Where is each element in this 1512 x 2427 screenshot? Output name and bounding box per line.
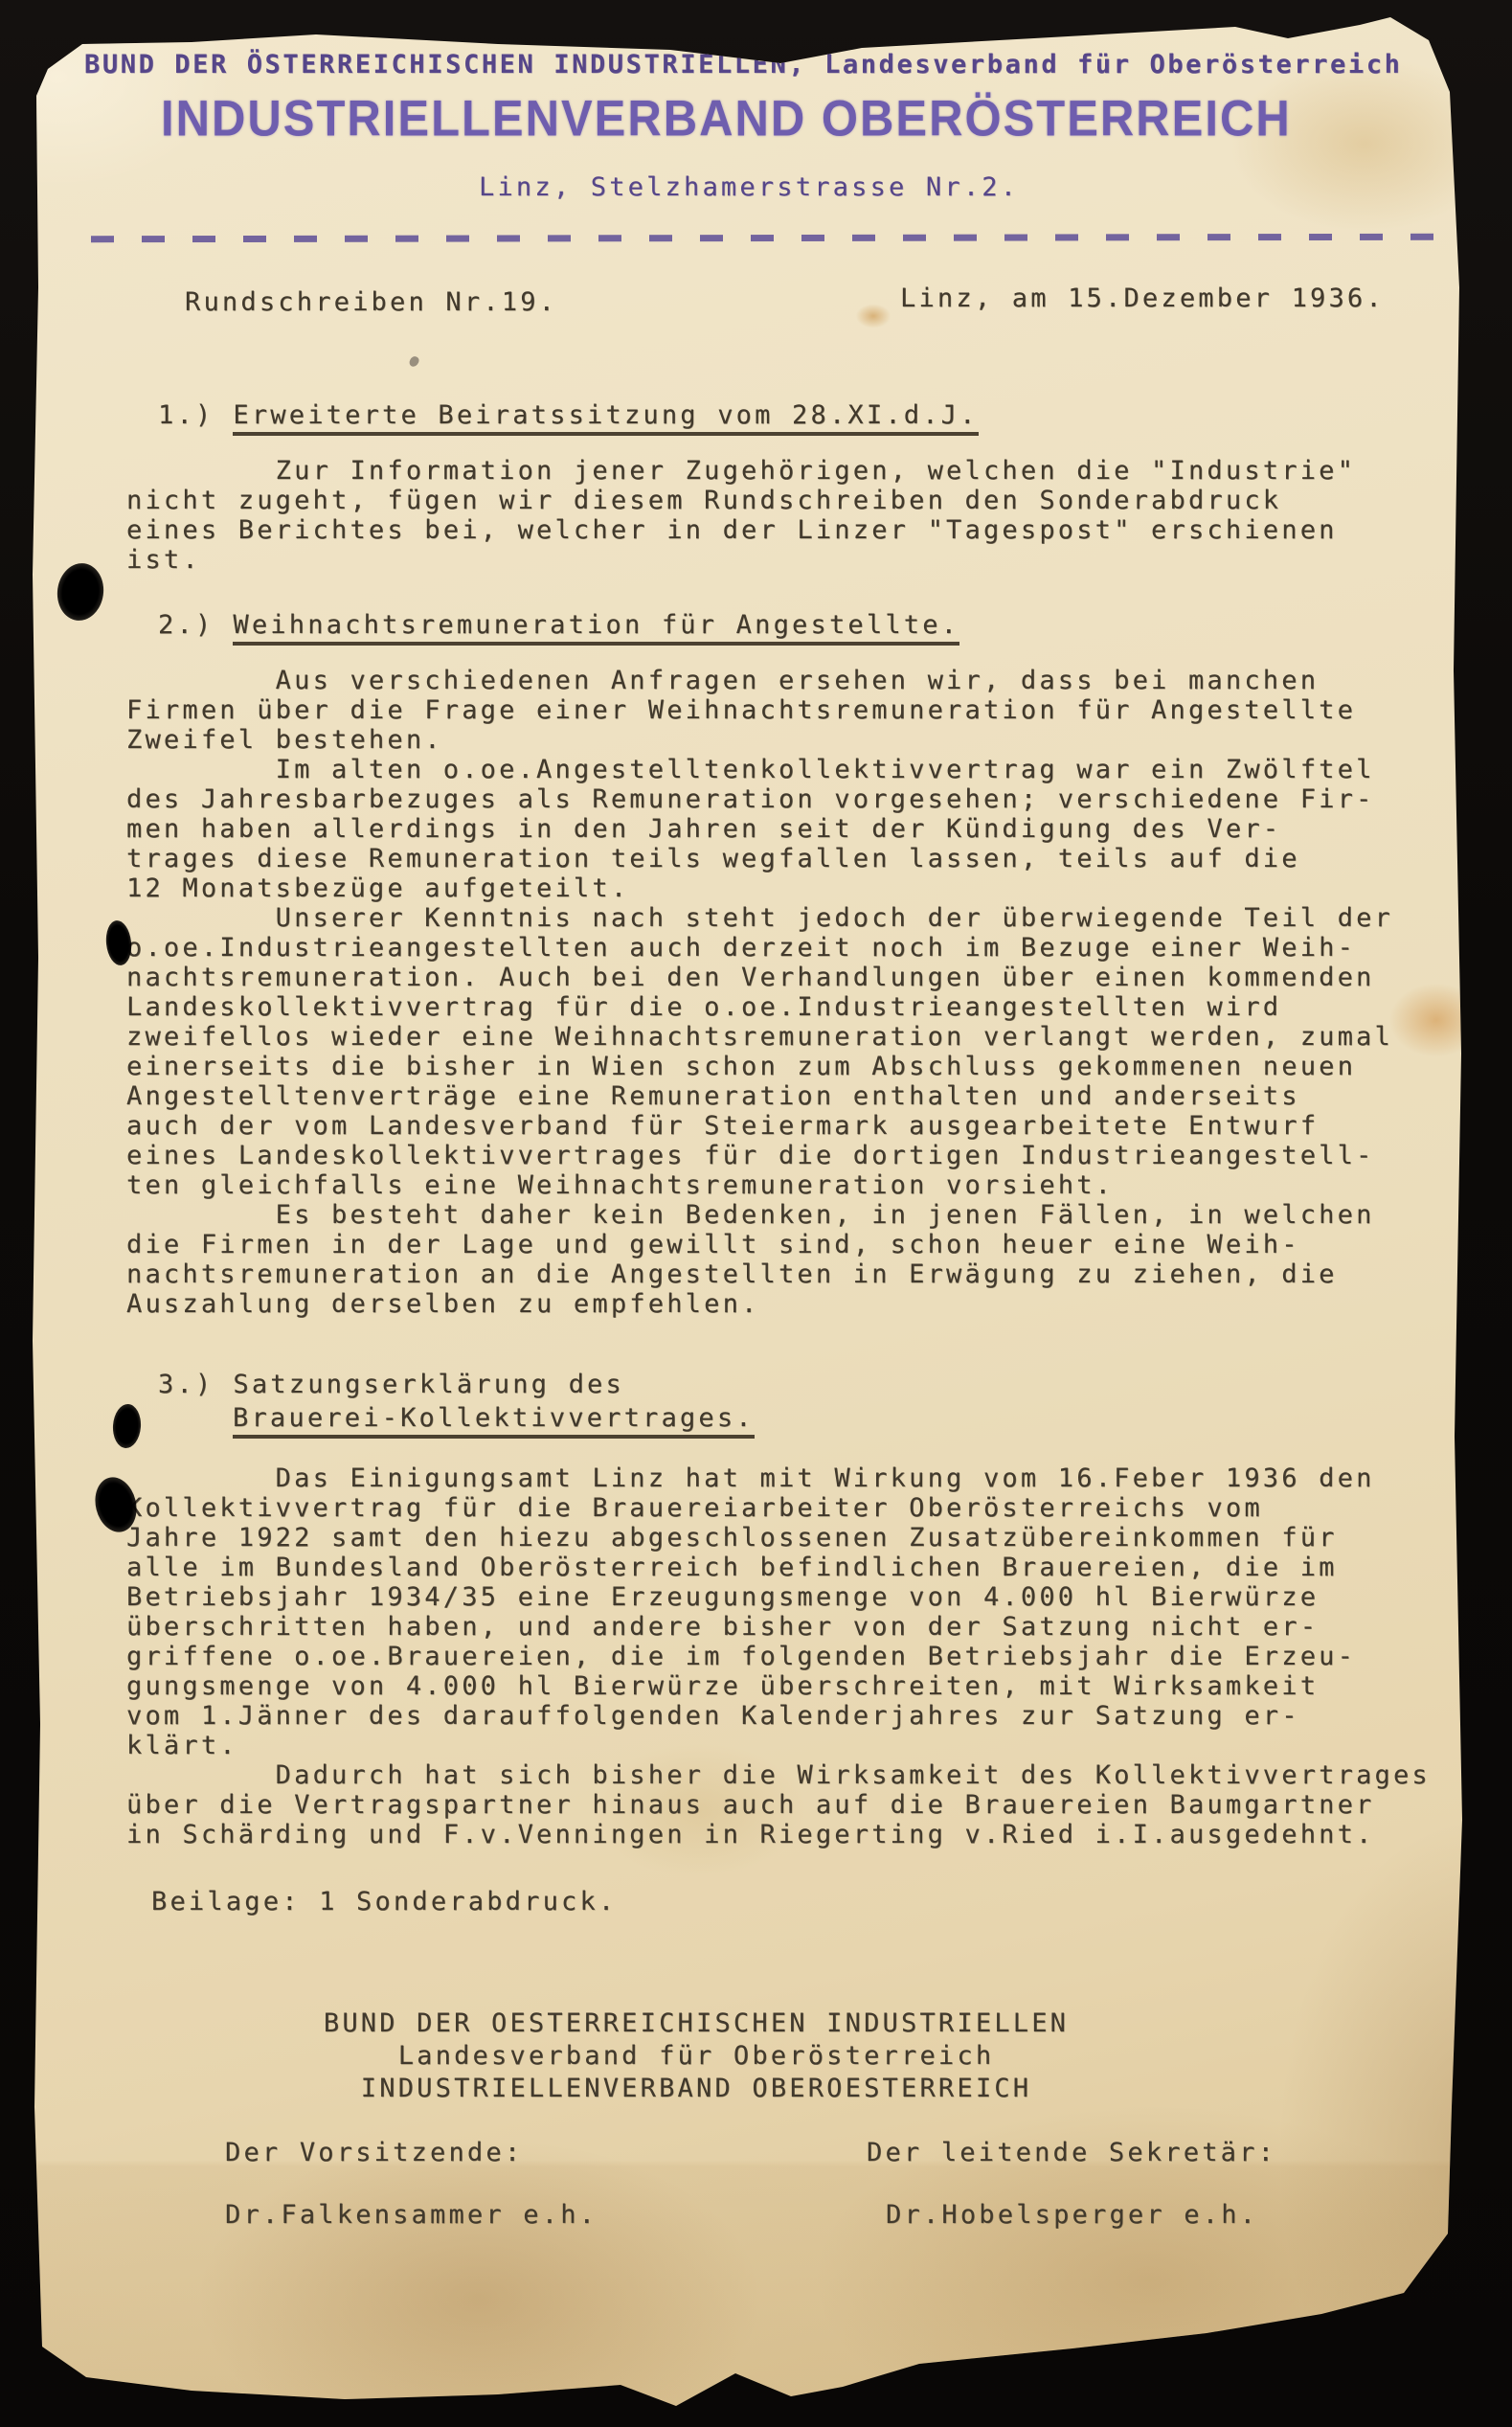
ink-speck: [408, 355, 420, 369]
letterhead-org-line: BUND DER ÖSTERREICHISCHEN INDUSTRIELLEN,…: [84, 50, 1402, 79]
secretary-signature: Dr.Hobelsperger e.h.: [886, 2200, 1258, 2230]
document-page: BUND DER ÖSTERREICHISCHEN INDUSTRIELLEN,…: [0, 0, 1512, 2427]
section-1-title: Erweiterte Beiratssitzung vom 28.XI.d.J.: [233, 400, 978, 436]
closing-org-block: BUND DER OESTERREICHISCHEN INDUSTRIELLEN…: [217, 2007, 1175, 2105]
section-2-body: Aus verschiedenen Anfragen ersehen wir, …: [126, 666, 1486, 1319]
closing-org-line1: BUND DER OESTERREICHISCHEN INDUSTRIELLEN: [217, 2007, 1175, 2040]
section-2-title: Weihnachtsremuneration für Angestellte.: [233, 610, 959, 646]
closing-org-line2: Landesverband für Oberösterreich: [217, 2040, 1175, 2073]
enclosure-note: Beilage: 1 Sonderabdruck.: [151, 1887, 617, 1917]
chairman-role: Der Vorsitzende:: [225, 2138, 523, 2167]
section-2-number: 2.): [158, 610, 214, 640]
section-3-heading: 3.)Satzungserklärung des Brauerei-Kollek…: [158, 1370, 755, 1439]
chairman-signature: Dr.Falkensammer e.h.: [225, 2200, 598, 2230]
section-3-title-line1: Satzungserklärung des: [233, 1370, 624, 1399]
org-stamp: INDUSTRIELLENVERBAND OBERÖSTERREICH: [161, 90, 1292, 147]
section-1-heading: 1.)Erweiterte Beiratssitzung vom 28.XI.d…: [158, 400, 979, 430]
secretary-role: Der leitende Sekretär:: [867, 2138, 1276, 2167]
closing-org-line3: INDUSTRIELLENVERBAND OBEROESTERREICH: [217, 2073, 1175, 2105]
hole-punch: [54, 560, 107, 624]
section-1-number: 1.): [158, 400, 214, 430]
letterhead-address: Linz, Stelzhamerstrasse Nr.2.: [479, 172, 1019, 202]
section-3-number: 3.): [158, 1370, 214, 1399]
section-3-body: Das Einigungsamt Linz hat mit Wirkung vo…: [126, 1463, 1486, 1849]
circular-number: Rundschreiben Nr.19.: [185, 287, 557, 317]
dashed-divider: [91, 234, 1439, 242]
dateline: Linz, am 15.Dezember 1936.: [900, 284, 1385, 313]
hole-punch: [111, 1403, 142, 1449]
section-2-heading: 2.)Weihnachtsremuneration für Angestellt…: [158, 610, 959, 640]
section-3-title-line2: Brauerei-Kollektivvertrages.: [233, 1403, 755, 1439]
section-1-body: Zur Information jener Zugehörigen, welch…: [126, 456, 1486, 575]
